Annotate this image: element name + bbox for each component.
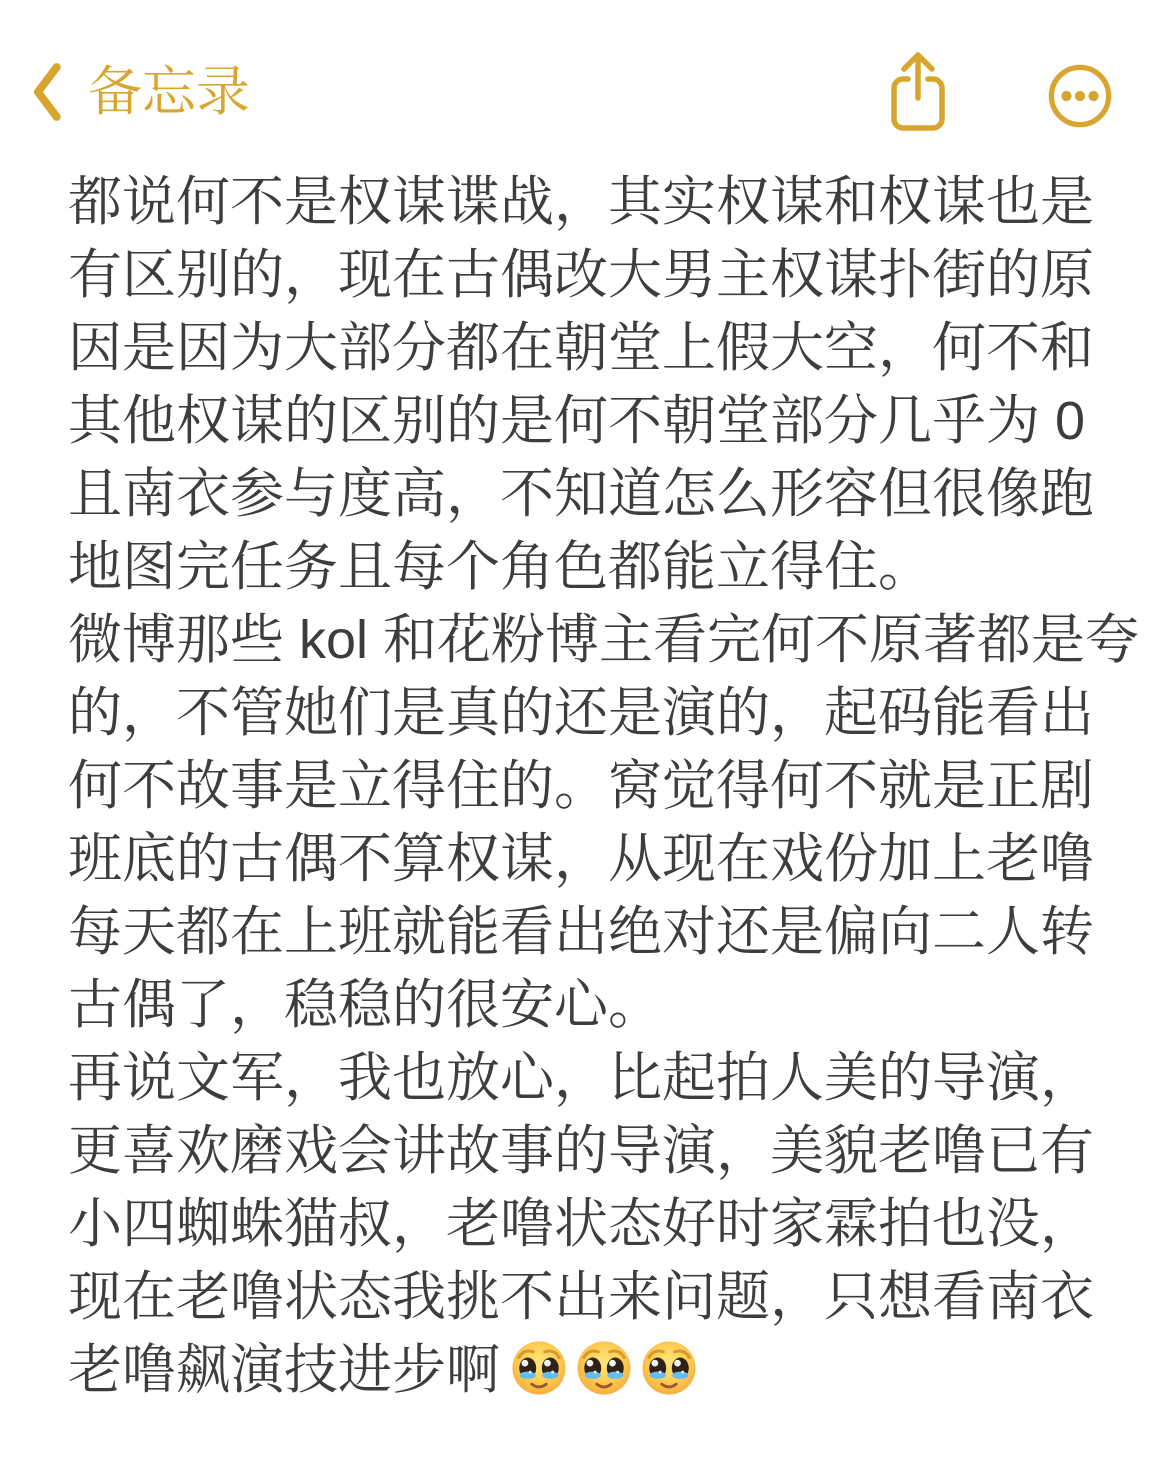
nav-bar: 备忘录 — [0, 0, 1170, 150]
note-text-line[interactable]: 现在老噜状态我挑不出来问题，只想看南衣 — [68, 1261, 1108, 1334]
note-text-line[interactable]: 班底的古偶不算权谋，从现在戏份加上老噜 — [68, 823, 1108, 896]
note-text-line[interactable]: 小四蜘蛛猫叔，老噜状态好时家霖拍也没， — [68, 1188, 1108, 1261]
ellipsis-circle-icon — [1048, 64, 1112, 128]
share-button[interactable] — [888, 50, 948, 134]
note-text-line[interactable]: 何不故事是立得住的。窝觉得何不就是正剧 — [68, 750, 1108, 823]
note-content[interactable]: 都说何不是权谋谍战，其实权谋和权谋也是有区别的，现在古偶改大男主权谋扑街的原因是… — [68, 166, 1108, 1407]
note-text-line[interactable]: 每天都在上班就能看出绝对还是偏向二人转 — [68, 896, 1108, 969]
note-text-line[interactable]: 因是因为大部分都在朝堂上假大空，何不和 — [68, 312, 1108, 385]
note-text-line[interactable]: 更喜欢磨戏会讲故事的导演，美貌老噜已有 — [68, 1115, 1108, 1188]
note-text-line[interactable]: 微博那些 kol 和花粉博主看完何不原著都是夸 — [68, 604, 1108, 677]
note-text-line[interactable]: 有区别的，现在古偶改大男主权谋扑街的原 — [68, 239, 1108, 312]
note-text-line[interactable]: 老噜飙演技进步啊 — [68, 1334, 1108, 1407]
note-text-line[interactable]: 地图完任务且每个角色都能立得住。 — [68, 531, 1108, 604]
face-holding-back-tears-emoji — [575, 1339, 633, 1397]
back-button-label: 备忘录 — [88, 60, 250, 124]
chevron-left-icon — [30, 60, 62, 124]
face-holding-back-tears-emoji — [640, 1339, 698, 1397]
note-text-line[interactable]: 古偶了，稳稳的很安心。 — [68, 969, 1108, 1042]
note-text-line[interactable]: 的，不管她们是真的还是演的，起码能看出 — [68, 677, 1108, 750]
share-icon — [888, 50, 948, 134]
note-text-line[interactable]: 都说何不是权谋谍战，其实权谋和权谋也是 — [68, 166, 1108, 239]
note-text-line[interactable]: 再说文军，我也放心，比起拍人美的导演， — [68, 1042, 1108, 1115]
note-text-line[interactable]: 其他权谋的区别的是何不朝堂部分几乎为 0 — [68, 385, 1108, 458]
more-options-button[interactable] — [1048, 64, 1112, 128]
note-text-line[interactable]: 且南衣参与度高，不知道怎么形容但很像跑 — [68, 458, 1108, 531]
face-holding-back-tears-emoji — [510, 1339, 568, 1397]
back-button[interactable]: 备忘录 — [30, 52, 250, 132]
